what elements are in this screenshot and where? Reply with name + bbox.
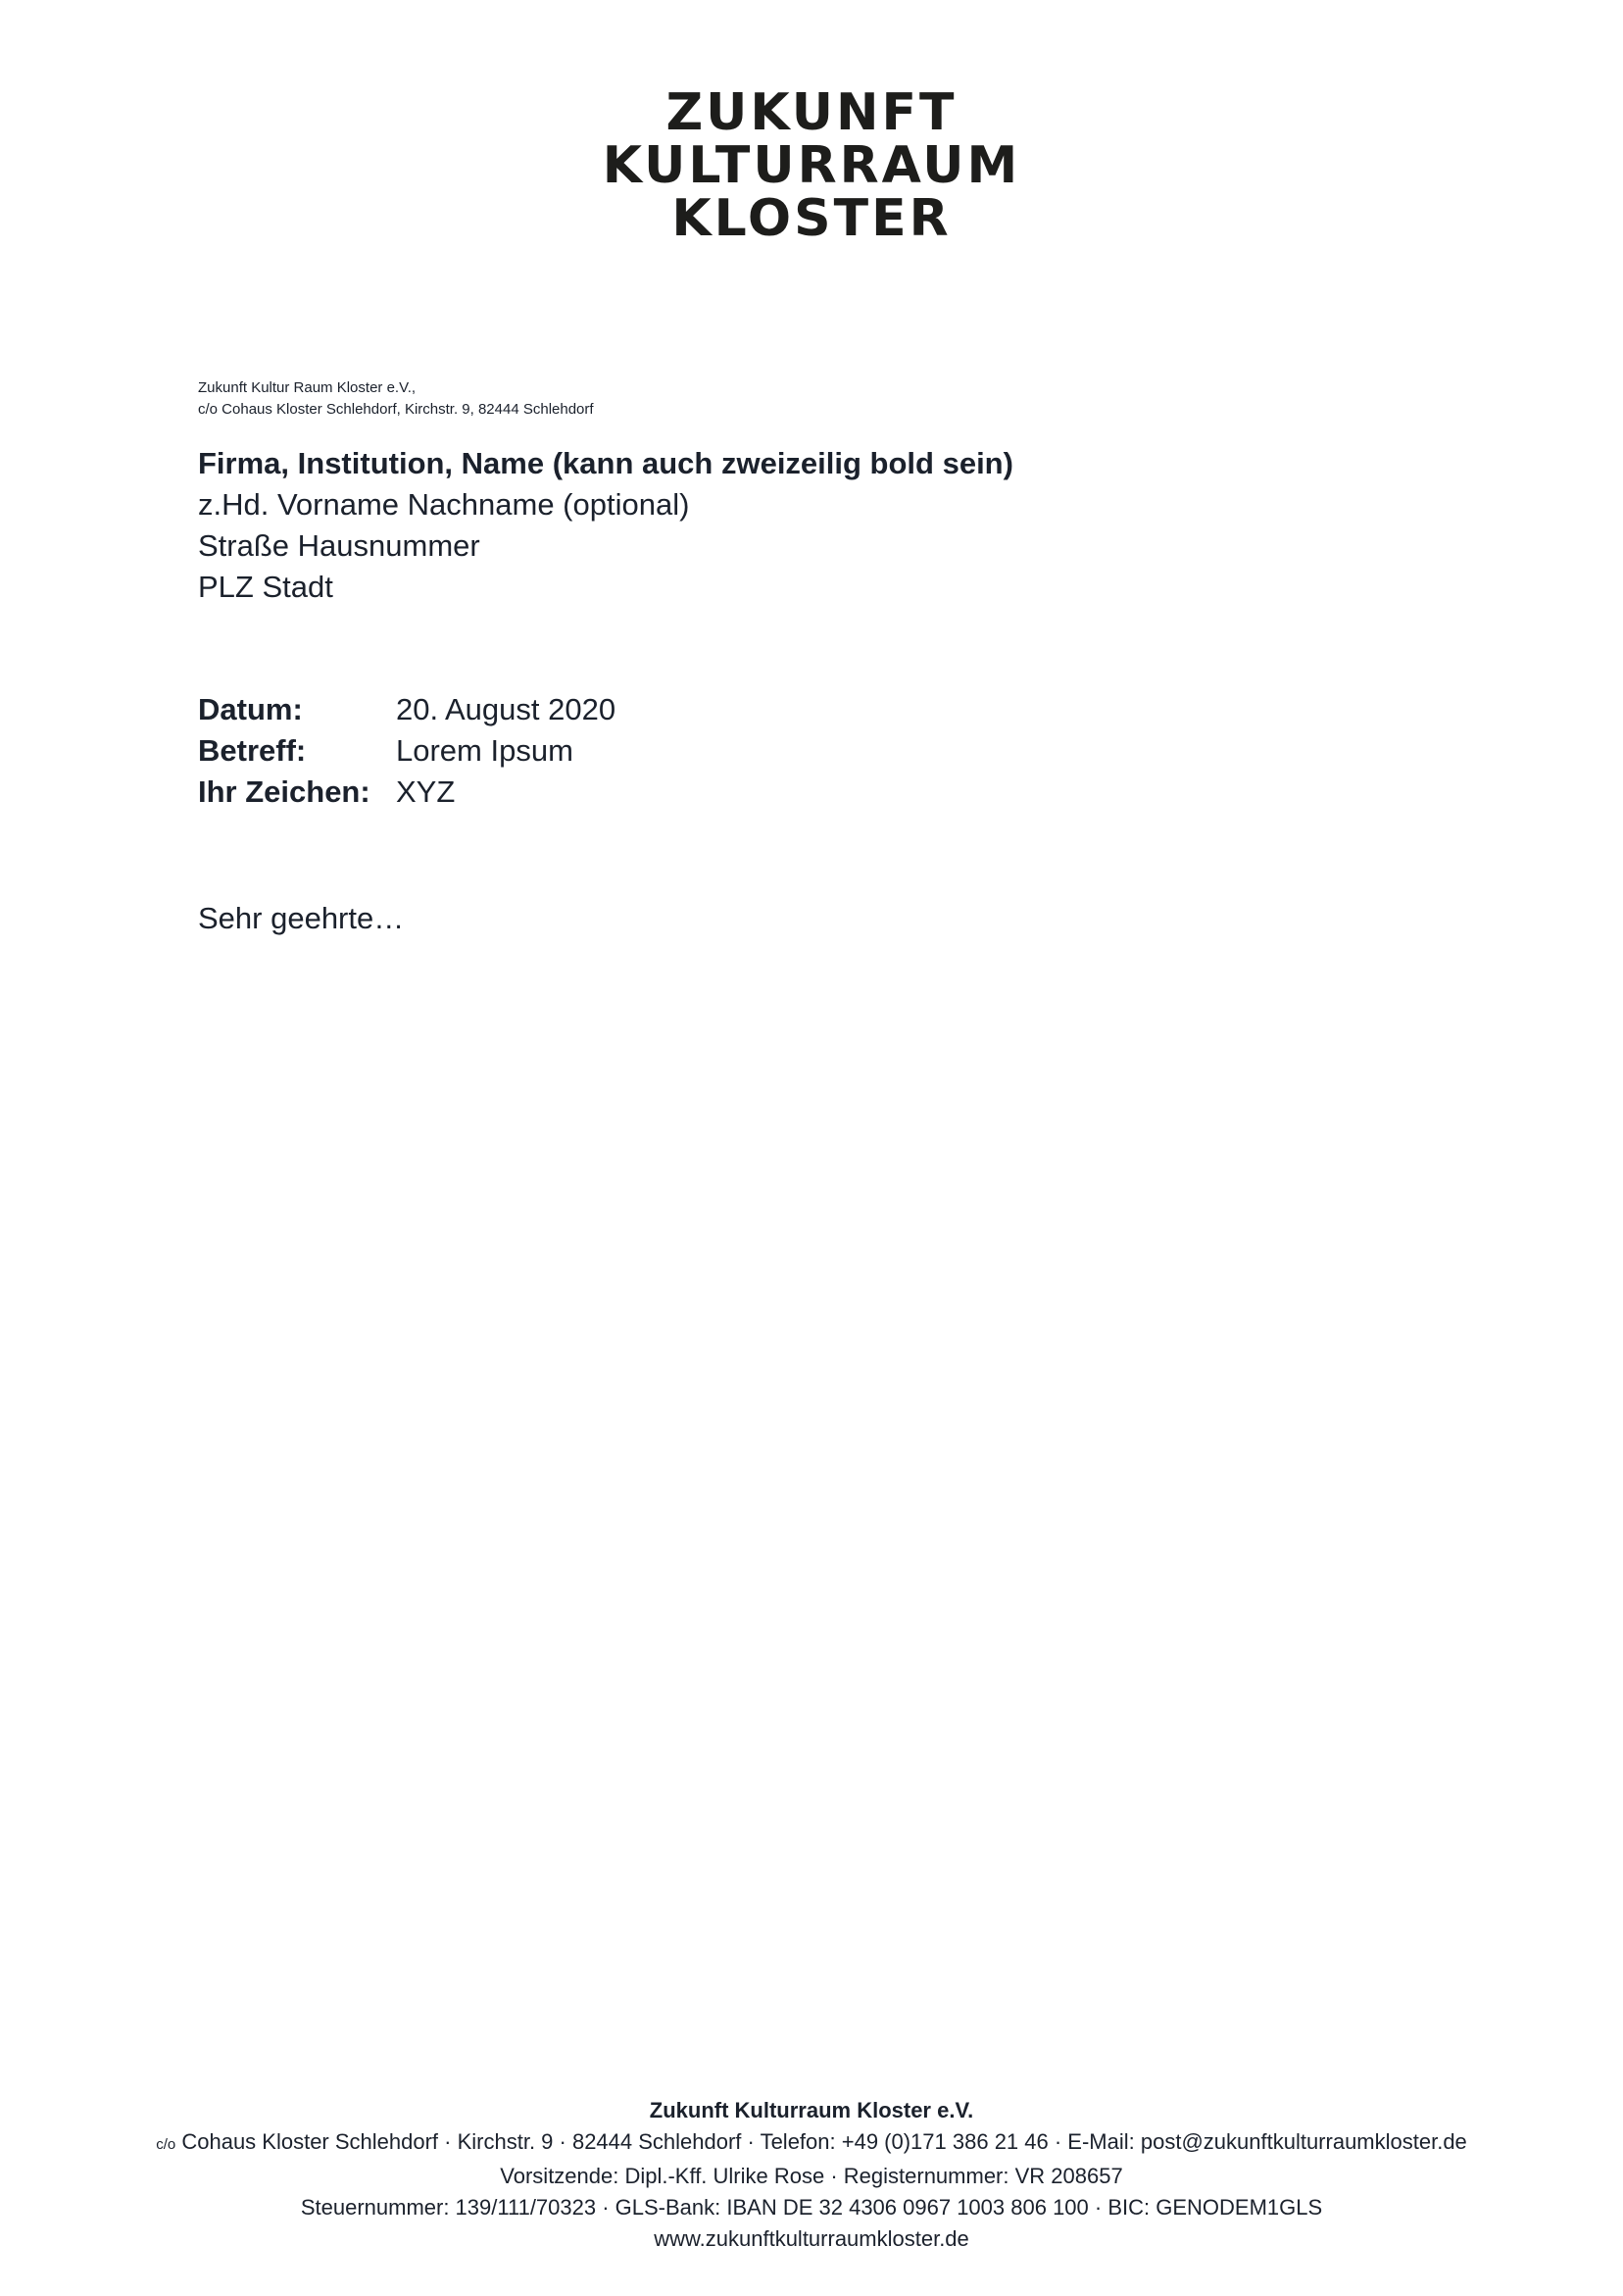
footer-website: www.zukunftkulturraumkloster.de <box>0 2223 1623 2255</box>
sender-line-2: c/o Cohaus Kloster Schlehdorf, Kirchstr.… <box>198 399 594 421</box>
footer-address-line: c/o Cohaus Kloster Schlehdorf · Kirchstr… <box>0 2126 1623 2161</box>
recipient-street: Straße Hausnummer <box>198 525 1013 567</box>
meta-value-date: 20. August 2020 <box>396 689 615 730</box>
meta-row-reference: Ihr Zeichen: XYZ <box>198 772 615 813</box>
meta-label: Ihr Zeichen: <box>198 772 396 813</box>
recipient-name: Firma, Institution, Name (kann auch zwei… <box>198 443 1013 484</box>
footer-board-line: Vorsitzende: Dipl.-Kff. Ulrike Rose · Re… <box>0 2161 1623 2192</box>
letter-meta-block: Datum: 20. August 2020 Betreff: Lorem Ip… <box>198 689 615 813</box>
footer-bank-line: Steuernummer: 139/111/70323 · GLS-Bank: … <box>0 2192 1623 2223</box>
sender-return-address: Zukunft Kultur Raum Kloster e.V., c/o Co… <box>198 377 594 421</box>
meta-label: Datum: <box>198 689 396 730</box>
footer-address-text: Cohaus Kloster Schlehdorf · Kirchstr. 9 … <box>181 2129 1466 2154</box>
logo-line-2: KULTURRAUM <box>0 139 1623 192</box>
sender-line-1: Zukunft Kultur Raum Kloster e.V., <box>198 377 594 399</box>
organization-logo: ZUKUNFT KULTURRAUM KLOSTER <box>0 86 1623 245</box>
recipient-city: PLZ Stadt <box>198 567 1013 608</box>
recipient-attention: z.Hd. Vorname Nachname (optional) <box>198 484 1013 525</box>
meta-row-subject: Betreff: Lorem Ipsum <box>198 730 615 772</box>
meta-row-date: Datum: 20. August 2020 <box>198 689 615 730</box>
meta-value-reference: XYZ <box>396 772 455 813</box>
logo-line-1: ZUKUNFT <box>0 86 1623 139</box>
recipient-address-block: Firma, Institution, Name (kann auch zwei… <box>198 443 1013 608</box>
footer-org-name: Zukunft Kulturraum Kloster e.V. <box>0 2095 1623 2126</box>
logo-line-3: KLOSTER <box>0 192 1623 245</box>
letter-footer: Zukunft Kulturraum Kloster e.V. c/o Coha… <box>0 2095 1623 2255</box>
meta-value-subject: Lorem Ipsum <box>396 730 573 772</box>
footer-co-prefix: c/o <box>156 2136 175 2153</box>
letter-salutation: Sehr geehrte… <box>198 898 404 939</box>
meta-label: Betreff: <box>198 730 396 772</box>
